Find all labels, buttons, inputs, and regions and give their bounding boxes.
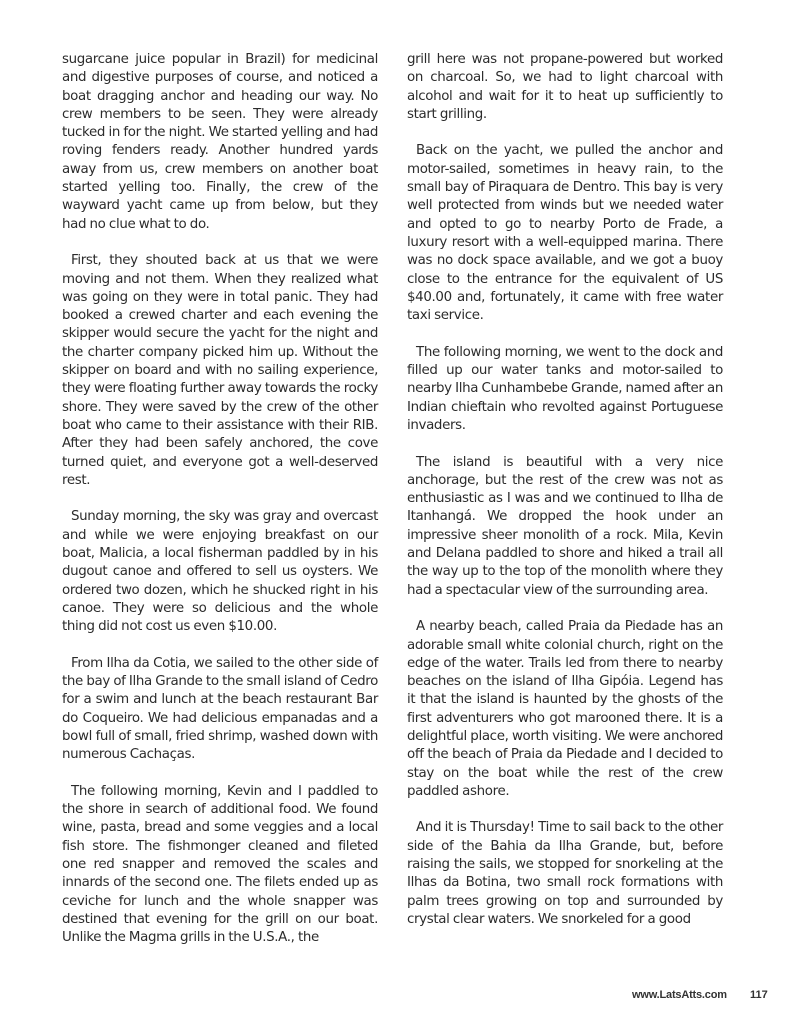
page-footer: www.LatsAtts.com 117 <box>600 989 765 1005</box>
paragraph: Back on the yacht, we pulled the anchor … <box>407 142 723 325</box>
article-column-right: grill here was not propane-powered but w… <box>407 51 723 929</box>
paragraph: Sunday morning, the sky was gray and ove… <box>62 508 378 636</box>
paragraph: The island is beautiful with a very nice… <box>407 454 723 600</box>
page-number: 117 <box>750 989 768 1001</box>
paragraph: The following morning, Kevin and I paddl… <box>62 783 378 948</box>
paragraph: And it is Thursday! Time to sail back to… <box>407 819 723 929</box>
paragraph: First, they shouted back at us that we w… <box>62 252 378 490</box>
magazine-page: sugarcane juice popular in Brazil) for m… <box>0 0 789 1024</box>
paragraph: The following morning, we went to the do… <box>407 344 723 435</box>
footer-website-url: www.LatsAtts.com <box>632 989 727 1001</box>
paragraph: grill here was not propane-powered but w… <box>407 51 723 124</box>
paragraph: A nearby beach, called Praia da Piedade … <box>407 618 723 801</box>
paragraph: sugarcane juice popular in Brazil) for m… <box>62 51 378 234</box>
article-column-left: sugarcane juice popular in Brazil) for m… <box>62 51 378 948</box>
paragraph: From Ilha da Cotia, we sailed to the oth… <box>62 655 378 765</box>
